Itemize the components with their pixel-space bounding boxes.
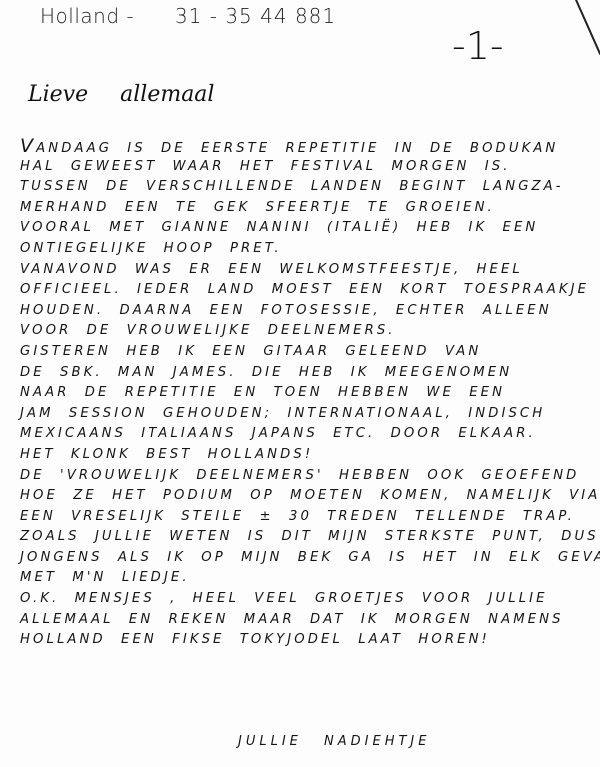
greeting-word-2: allemaal: [120, 82, 214, 107]
letter-line: allemaal en reken maar dat ik morgen nam…: [20, 610, 580, 631]
letter-line: houden. Daarna een fotosessie, echter al…: [20, 301, 580, 322]
letter-line: de SBK. man James. Die heb ik meegenomen: [20, 363, 580, 384]
page-number: -1-: [452, 24, 504, 68]
letter-line: voor de vrouwelijke deelnemers.: [20, 321, 580, 342]
letter-body: Vandaag is de eerste repetitie in de Bod…: [20, 136, 580, 651]
letter-line: een vreselijk steile ± 30 treden tellend…: [20, 507, 580, 528]
letter-line: Mexicaans Italiaans Japans etc. door elk…: [20, 424, 580, 445]
letter-line: Vooral met Gianne Nanini (Italië) heb ik…: [20, 218, 580, 239]
greeting: Lieveallemaal: [28, 82, 214, 107]
letter-line: Het klonk best Hollands!: [20, 445, 580, 466]
letter-line: hoe ze het podium op moeten komen, namel…: [20, 486, 580, 507]
letter-page: Holland - 31 - 35 44 881 -1- Lieveallema…: [0, 0, 600, 767]
letter-line: Vandaag is de eerste repetitie in de Bod…: [20, 136, 580, 157]
letter-line: Gisteren heb ik een gitaar geleend van: [20, 342, 580, 363]
header-phone-number: 31 - 35 44 881: [175, 4, 336, 28]
letter-line: Zoals jullie weten is dit mijn sterkste …: [20, 527, 580, 548]
letter-line: ontiegelijke hoop pret.: [20, 239, 580, 260]
letter-line: De 'vrouwelijk deelnemers' hebben ook ge…: [20, 466, 580, 487]
signature: Jullie Nadiehtje: [238, 734, 430, 749]
letter-line: O.K. mensjes , heel veel groetjes voor j…: [20, 589, 580, 610]
letter-line: jongens als ik op mijn bek ga is het in …: [20, 548, 580, 569]
fold-mark: [575, 0, 600, 55]
greeting-word-1: Lieve: [28, 82, 88, 107]
letter-line: Holland een fikse Tokyjodel laat horen!: [20, 630, 580, 651]
letter-line: hal geweest waar het festival morgen is.: [20, 157, 580, 178]
letter-header: Holland - 31 - 35 44 881: [40, 4, 336, 28]
letter-line: met m'n liedje.: [20, 568, 580, 589]
letter-line: jam session gehouden; internationaal, In…: [20, 404, 580, 425]
letter-line: merhand een te gek sfeertje te groeien.: [20, 198, 580, 219]
letter-line: Tussen de verschillende landen begint la…: [20, 177, 580, 198]
header-country: Holland -: [40, 4, 134, 28]
letter-line: Vanavond was er een welkomstfeestje, hee…: [20, 260, 580, 281]
letter-line: naar de repetitie en toen hebben we een: [20, 383, 580, 404]
letter-line: officieel. Ieder land moest een kort toe…: [20, 280, 580, 301]
